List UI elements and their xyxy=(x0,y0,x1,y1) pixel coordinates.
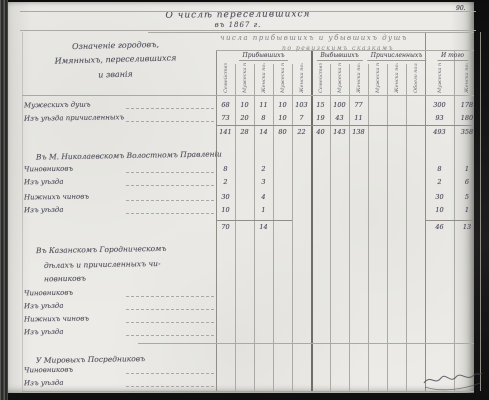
row-label: Нижнихъ чиновъ xyxy=(24,193,89,202)
row-label: Мужескихъ душъ xyxy=(24,101,91,110)
cell-value: 2 xyxy=(437,178,441,186)
column-rule xyxy=(254,64,255,391)
totals-value: 22 xyxy=(297,128,305,136)
column-header-vertical: Семействъ xyxy=(318,63,325,93)
row-leader-line xyxy=(126,121,214,122)
section-heading: Въ М. Николаевскомъ Волостномъ Правленіи xyxy=(36,149,222,161)
totals-rule xyxy=(425,220,474,221)
row-leader-line xyxy=(126,172,214,173)
totals-value: 141 xyxy=(219,128,231,136)
cell-value: 1 xyxy=(465,165,469,173)
cell-value: 7 xyxy=(299,114,303,122)
column-rule xyxy=(387,64,388,391)
cell-value: 10 xyxy=(435,206,443,214)
horizontal-rule xyxy=(20,30,476,31)
column-rule xyxy=(330,64,331,391)
totals-value: 493 xyxy=(433,128,445,136)
row-leader-line xyxy=(126,309,214,310)
row-label: Изъ уѣзда xyxy=(24,178,64,187)
totals-value: 80 xyxy=(278,128,286,136)
column-rule xyxy=(368,64,369,391)
cell-value: 6 xyxy=(465,178,469,186)
column-rule xyxy=(292,64,293,391)
stub-header-line3: и званія xyxy=(23,68,208,82)
row-leader-line xyxy=(126,185,214,186)
row-label: Чиновниковъ xyxy=(24,289,73,298)
cell-value: 103 xyxy=(295,101,307,109)
row-leader-line xyxy=(126,386,214,387)
row-label: Изъ уѣзда xyxy=(24,302,64,311)
column-group-label: Прибывшихъ xyxy=(239,52,289,61)
column-rule xyxy=(273,64,274,391)
column-rule xyxy=(349,64,350,391)
row-label: Чиновниковъ xyxy=(24,366,73,375)
totals-value: 40 xyxy=(316,128,324,136)
row-leader-line xyxy=(126,296,214,297)
column-header-vertical: Женска пола xyxy=(299,63,306,93)
cell-value: 10 xyxy=(278,114,286,122)
section-heading: новниковъ xyxy=(44,274,86,284)
totals-value: 28 xyxy=(240,128,248,136)
row-label: Нижнихъ чиновъ xyxy=(24,315,89,324)
cell-value: 4 xyxy=(261,193,265,201)
column-group-label: Выбывшихъ xyxy=(316,52,362,61)
totals-rule xyxy=(216,220,292,221)
column-rule xyxy=(480,32,481,391)
cell-value: 10 xyxy=(221,206,229,214)
row-leader-line xyxy=(126,108,214,109)
row-leader-line xyxy=(126,200,214,201)
totals-value: 138 xyxy=(352,128,364,136)
totals-value: 358 xyxy=(461,128,473,136)
horizontal-rule xyxy=(22,95,474,96)
row-label: Изъ уѣзда xyxy=(24,379,64,388)
cell-value: 19 xyxy=(316,114,324,122)
totals-value: 14 xyxy=(259,223,267,231)
totals-value: 46 xyxy=(435,223,443,231)
horizontal-rule xyxy=(148,32,474,33)
cell-value: 11 xyxy=(259,101,267,109)
cell-value: 5 xyxy=(465,193,469,201)
cell-value: 100 xyxy=(333,101,345,109)
left-margin-rule xyxy=(22,32,23,391)
cell-value: 180 xyxy=(461,114,473,122)
row-label: Изъ уѣзда xyxy=(24,328,64,337)
cell-value: 10 xyxy=(240,101,248,109)
column-rule xyxy=(406,64,407,391)
cell-value: 68 xyxy=(221,101,229,109)
section-heading: дѣлахъ и причисленныхъ чи- xyxy=(44,259,161,270)
cell-value: 8 xyxy=(223,165,227,173)
horizontal-rule xyxy=(20,11,476,12)
totals-value: 13 xyxy=(463,223,471,231)
totals-value: 70 xyxy=(221,223,229,231)
row-label: Изъ уѣзда xyxy=(24,206,64,215)
cell-value: 1 xyxy=(261,206,265,214)
cell-value: 10 xyxy=(278,101,286,109)
cell-value: 20 xyxy=(240,114,248,122)
row-leader-line xyxy=(126,373,214,374)
column-header-vertical: Мужеска пола xyxy=(375,63,382,93)
cell-value: 2 xyxy=(261,165,265,173)
totals-value: 14 xyxy=(259,128,267,136)
cell-value: 77 xyxy=(354,101,362,109)
scanned-ledger: 90. О числѣ переселившихся въ 1867 г. Оз… xyxy=(0,0,489,400)
cell-value: 8 xyxy=(261,114,265,122)
cell-value: 30 xyxy=(221,193,229,201)
column-header-vertical: Семействъ xyxy=(223,63,230,93)
column-group-label: Причисленныхъ xyxy=(367,52,426,61)
cell-value: 73 xyxy=(221,114,229,122)
row-label: Чиновниковъ xyxy=(24,165,73,174)
section-heading: У Мировыхъ Посредниковъ xyxy=(36,354,145,365)
cell-value: 93 xyxy=(435,114,443,122)
cell-value: 2 xyxy=(223,178,227,186)
cell-value: 3 xyxy=(261,178,265,186)
cell-value: 30 xyxy=(435,193,443,201)
row-leader-line xyxy=(126,335,214,336)
page-subtitle: въ 1867 г. xyxy=(158,21,318,29)
signature-flourish xyxy=(422,366,484,394)
cell-value: 43 xyxy=(335,114,343,122)
cell-value: 300 xyxy=(433,101,445,109)
cell-value: 15 xyxy=(316,101,324,109)
column-rule xyxy=(311,50,313,391)
cell-value: 8 xyxy=(437,165,441,173)
row-leader-line xyxy=(126,322,214,323)
cell-value: 178 xyxy=(461,101,473,109)
column-rule xyxy=(235,64,236,391)
column-header-vertical: Женска пола xyxy=(261,63,268,93)
column-header-vertical: Обоего пола xyxy=(413,63,420,93)
horizontal-rule xyxy=(22,391,474,392)
column-header-vertical: Мужеска пола xyxy=(337,63,344,93)
column-group-label: И того xyxy=(437,52,468,61)
column-header-vertical: Женска пола xyxy=(356,63,363,93)
book-edge-left xyxy=(0,0,8,400)
scanned-page: 90. О числѣ переселившихся въ 1867 г. Оз… xyxy=(8,2,474,393)
column-header-vertical: Мужеска пола xyxy=(280,63,287,93)
section-heading: Въ Казанскомъ Городническомъ xyxy=(36,244,166,255)
horizontal-rule xyxy=(138,343,474,344)
column-rule xyxy=(425,32,426,391)
row-label: Изъ уѣзда причисленныхъ xyxy=(24,113,124,122)
column-header-vertical: Женска пола xyxy=(464,63,471,93)
row-leader-line xyxy=(126,213,214,214)
stub-header-line2: Имянныхъ, переселившихся xyxy=(23,53,208,67)
totals-rule xyxy=(216,125,474,126)
cell-value: 1 xyxy=(465,206,469,214)
totals-value: 143 xyxy=(333,128,345,136)
column-header-vertical: Мужеска пола xyxy=(242,63,249,93)
header-script-line1: числа прибывшихъ и убывшихъ душъ xyxy=(158,34,470,42)
column-header-vertical: Женска пола xyxy=(394,63,401,93)
column-header-vertical: Мужеска пола xyxy=(437,63,444,93)
horizontal-rule xyxy=(216,50,474,51)
cell-value: 11 xyxy=(354,114,362,122)
